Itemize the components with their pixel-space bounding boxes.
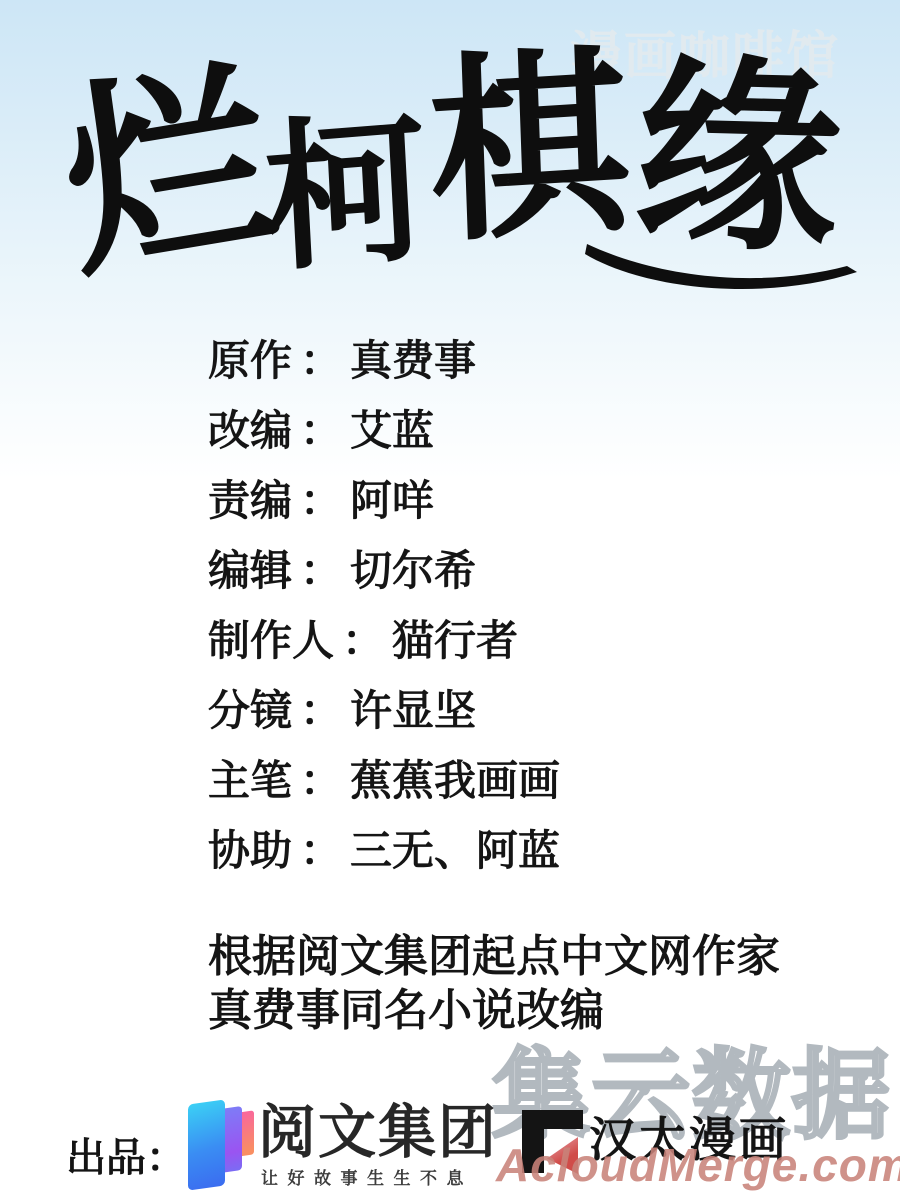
credit-role: 编辑 (208, 547, 292, 594)
credit-name: 许显坚 (350, 687, 476, 734)
credit-name: 阿咩 (350, 477, 434, 524)
credit-separator: ： (300, 477, 342, 524)
credit-separator: ： (300, 827, 342, 874)
credit-row-editor: 编辑：切尔希 (208, 550, 560, 592)
credits-list: 原作：真费事 改编：艾蓝 责编：阿咩 编辑：切尔希 制作人：猫行者 分镜：许显坚… (208, 340, 560, 872)
credit-separator: ： (300, 337, 342, 384)
credit-row-producer: 制作人：猫行者 (208, 620, 560, 662)
credit-role: 原作 (208, 337, 292, 384)
credit-name: 猫行者 (392, 617, 518, 664)
credit-name: 真费事 (350, 337, 476, 384)
credit-role: 改编 (208, 407, 292, 454)
credit-separator: ： (300, 687, 342, 734)
credit-separator: ： (300, 407, 342, 454)
credit-name: 蕉蕉我画画 (350, 757, 560, 804)
title-char-3: 棋 (426, 43, 633, 255)
credit-separator: ： (342, 617, 384, 664)
produced-by-label: 出品： (66, 1126, 186, 1183)
credit-separator: ： (300, 547, 342, 594)
credit-row-chief-editor: 责编：阿咩 (208, 480, 560, 522)
yuewen-tagline: 让好故事生生不息 (261, 1170, 473, 1187)
brush-stroke-swoosh (585, 238, 865, 298)
credit-name: 三无、阿蓝 (350, 827, 560, 874)
hantai-logo-horizontal-bar (522, 1110, 583, 1129)
credit-row-assistants: 协助：三无、阿蓝 (208, 830, 560, 872)
yuewen-logo-panel-blue (188, 1099, 225, 1190)
comic-credits-page: 漫画咖啡馆 烂 柯 棋 缘 原作：真费事 改编：艾蓝 责编：阿咩 编辑：切尔希 … (0, 0, 900, 1200)
credit-name: 艾蓝 (350, 407, 434, 454)
title-char-1: 烂 (53, 54, 285, 290)
credit-role: 分镜 (208, 687, 292, 734)
credit-role: 制作人 (208, 617, 334, 664)
credit-role: 主笔 (208, 757, 292, 804)
adaptation-note: 根据阅文集团起点中文网作家 真费事同名小说改编 (208, 930, 780, 1037)
credit-row-adapter: 改编：艾蓝 (208, 410, 560, 452)
credit-role: 责编 (208, 477, 292, 524)
yuewen-logo-icon (186, 1092, 262, 1196)
title-char-2: 柯 (261, 108, 431, 282)
watermark-site-url: AcloudMerge.com (496, 1142, 900, 1188)
credit-role: 协助 (208, 827, 292, 874)
credit-row-original-author: 原作：真费事 (208, 340, 560, 382)
yuewen-group-name: 阅文集团 (258, 1104, 498, 1162)
adaptation-note-line1: 根据阅文集团起点中文网作家 (208, 930, 780, 984)
credit-row-storyboard: 分镜：许显坚 (208, 690, 560, 732)
adaptation-note-line2: 真费事同名小说改编 (208, 984, 780, 1038)
credit-separator: ： (300, 757, 342, 804)
credit-row-lead-artist: 主笔：蕉蕉我画画 (208, 760, 560, 802)
title-char-4: 缘 (629, 54, 844, 264)
credit-name: 切尔希 (350, 547, 476, 594)
